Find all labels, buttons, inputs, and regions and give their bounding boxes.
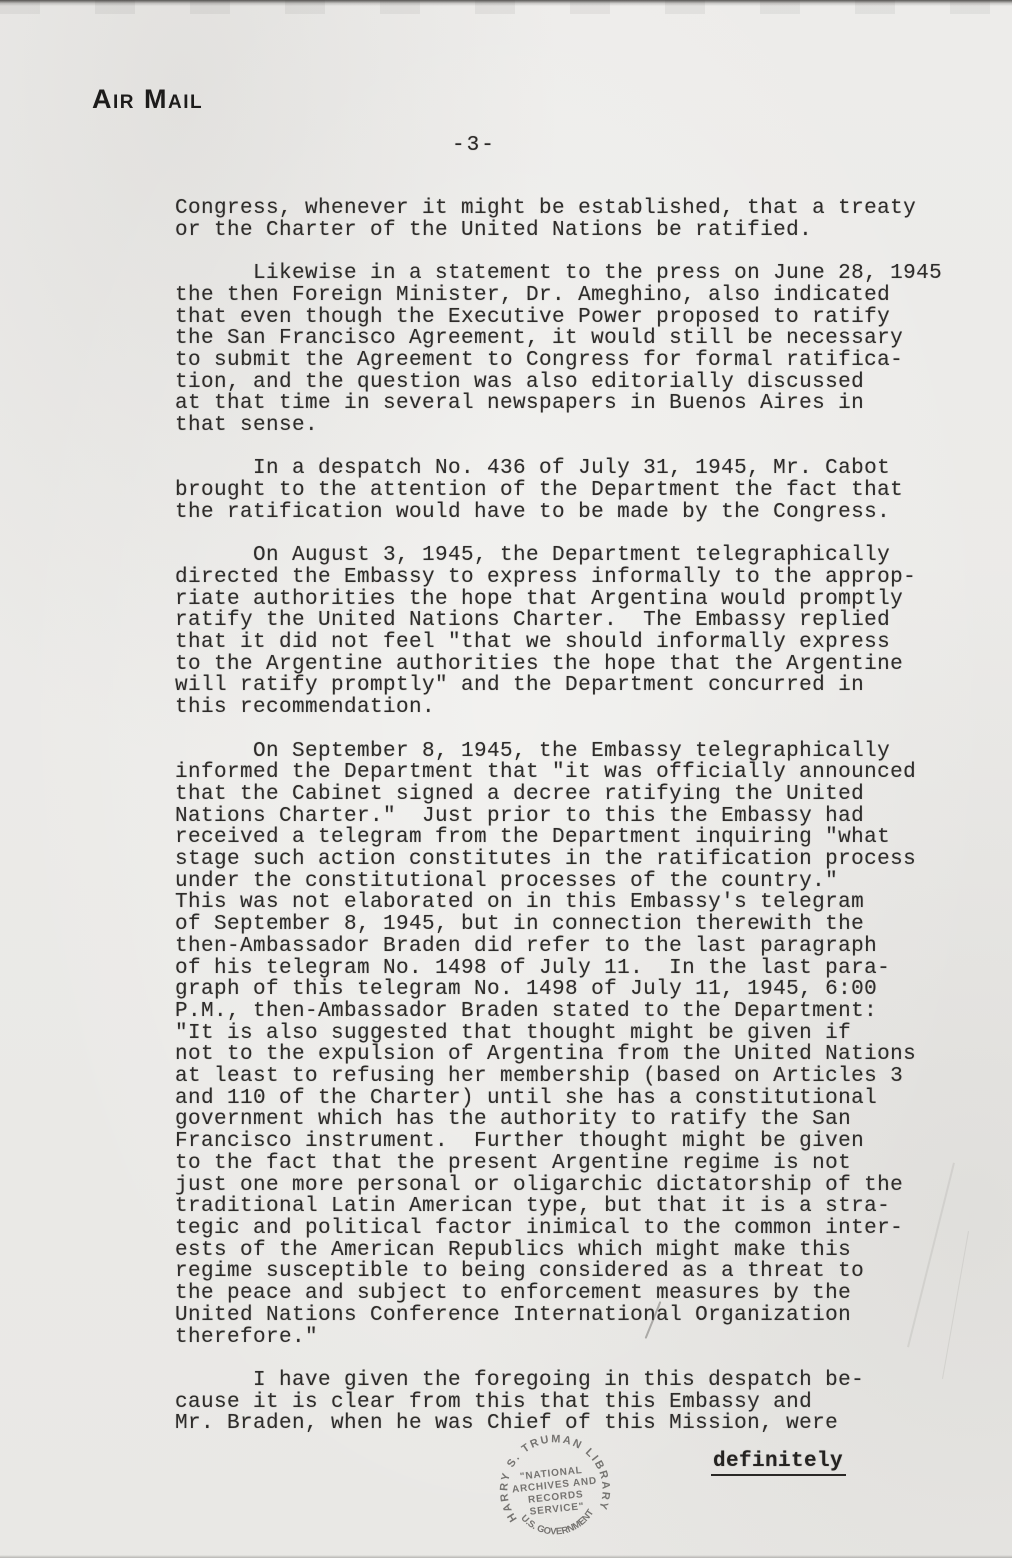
page-number: -3- xyxy=(452,134,496,157)
scan-top-edge-texture xyxy=(0,0,1012,14)
paragraph: In a despatch No. 436 of July 31, 1945, … xyxy=(175,458,955,523)
document-page: Air Mail -3- Congress, whenever it might… xyxy=(0,0,1012,1558)
paragraph: I have given the foregoing in this despa… xyxy=(175,1370,955,1435)
paragraph: Congress, whenever it might be establish… xyxy=(175,198,955,241)
paragraph: Likewise in a statement to the press on … xyxy=(175,263,955,437)
air-mail-label: Air Mail xyxy=(92,84,203,115)
paragraph: On September 8, 1945, the Embassy telegr… xyxy=(175,741,955,1349)
archives-stamp: HARRY S. TRUMAN LIBRARY U.S. GOVERNMENT … xyxy=(487,1422,623,1558)
paragraph: On August 3, 1945, the Department telegr… xyxy=(175,545,955,719)
carryover-word: definitely xyxy=(711,1450,846,1476)
typewritten-body: Congress, whenever it might be establish… xyxy=(175,198,955,1435)
